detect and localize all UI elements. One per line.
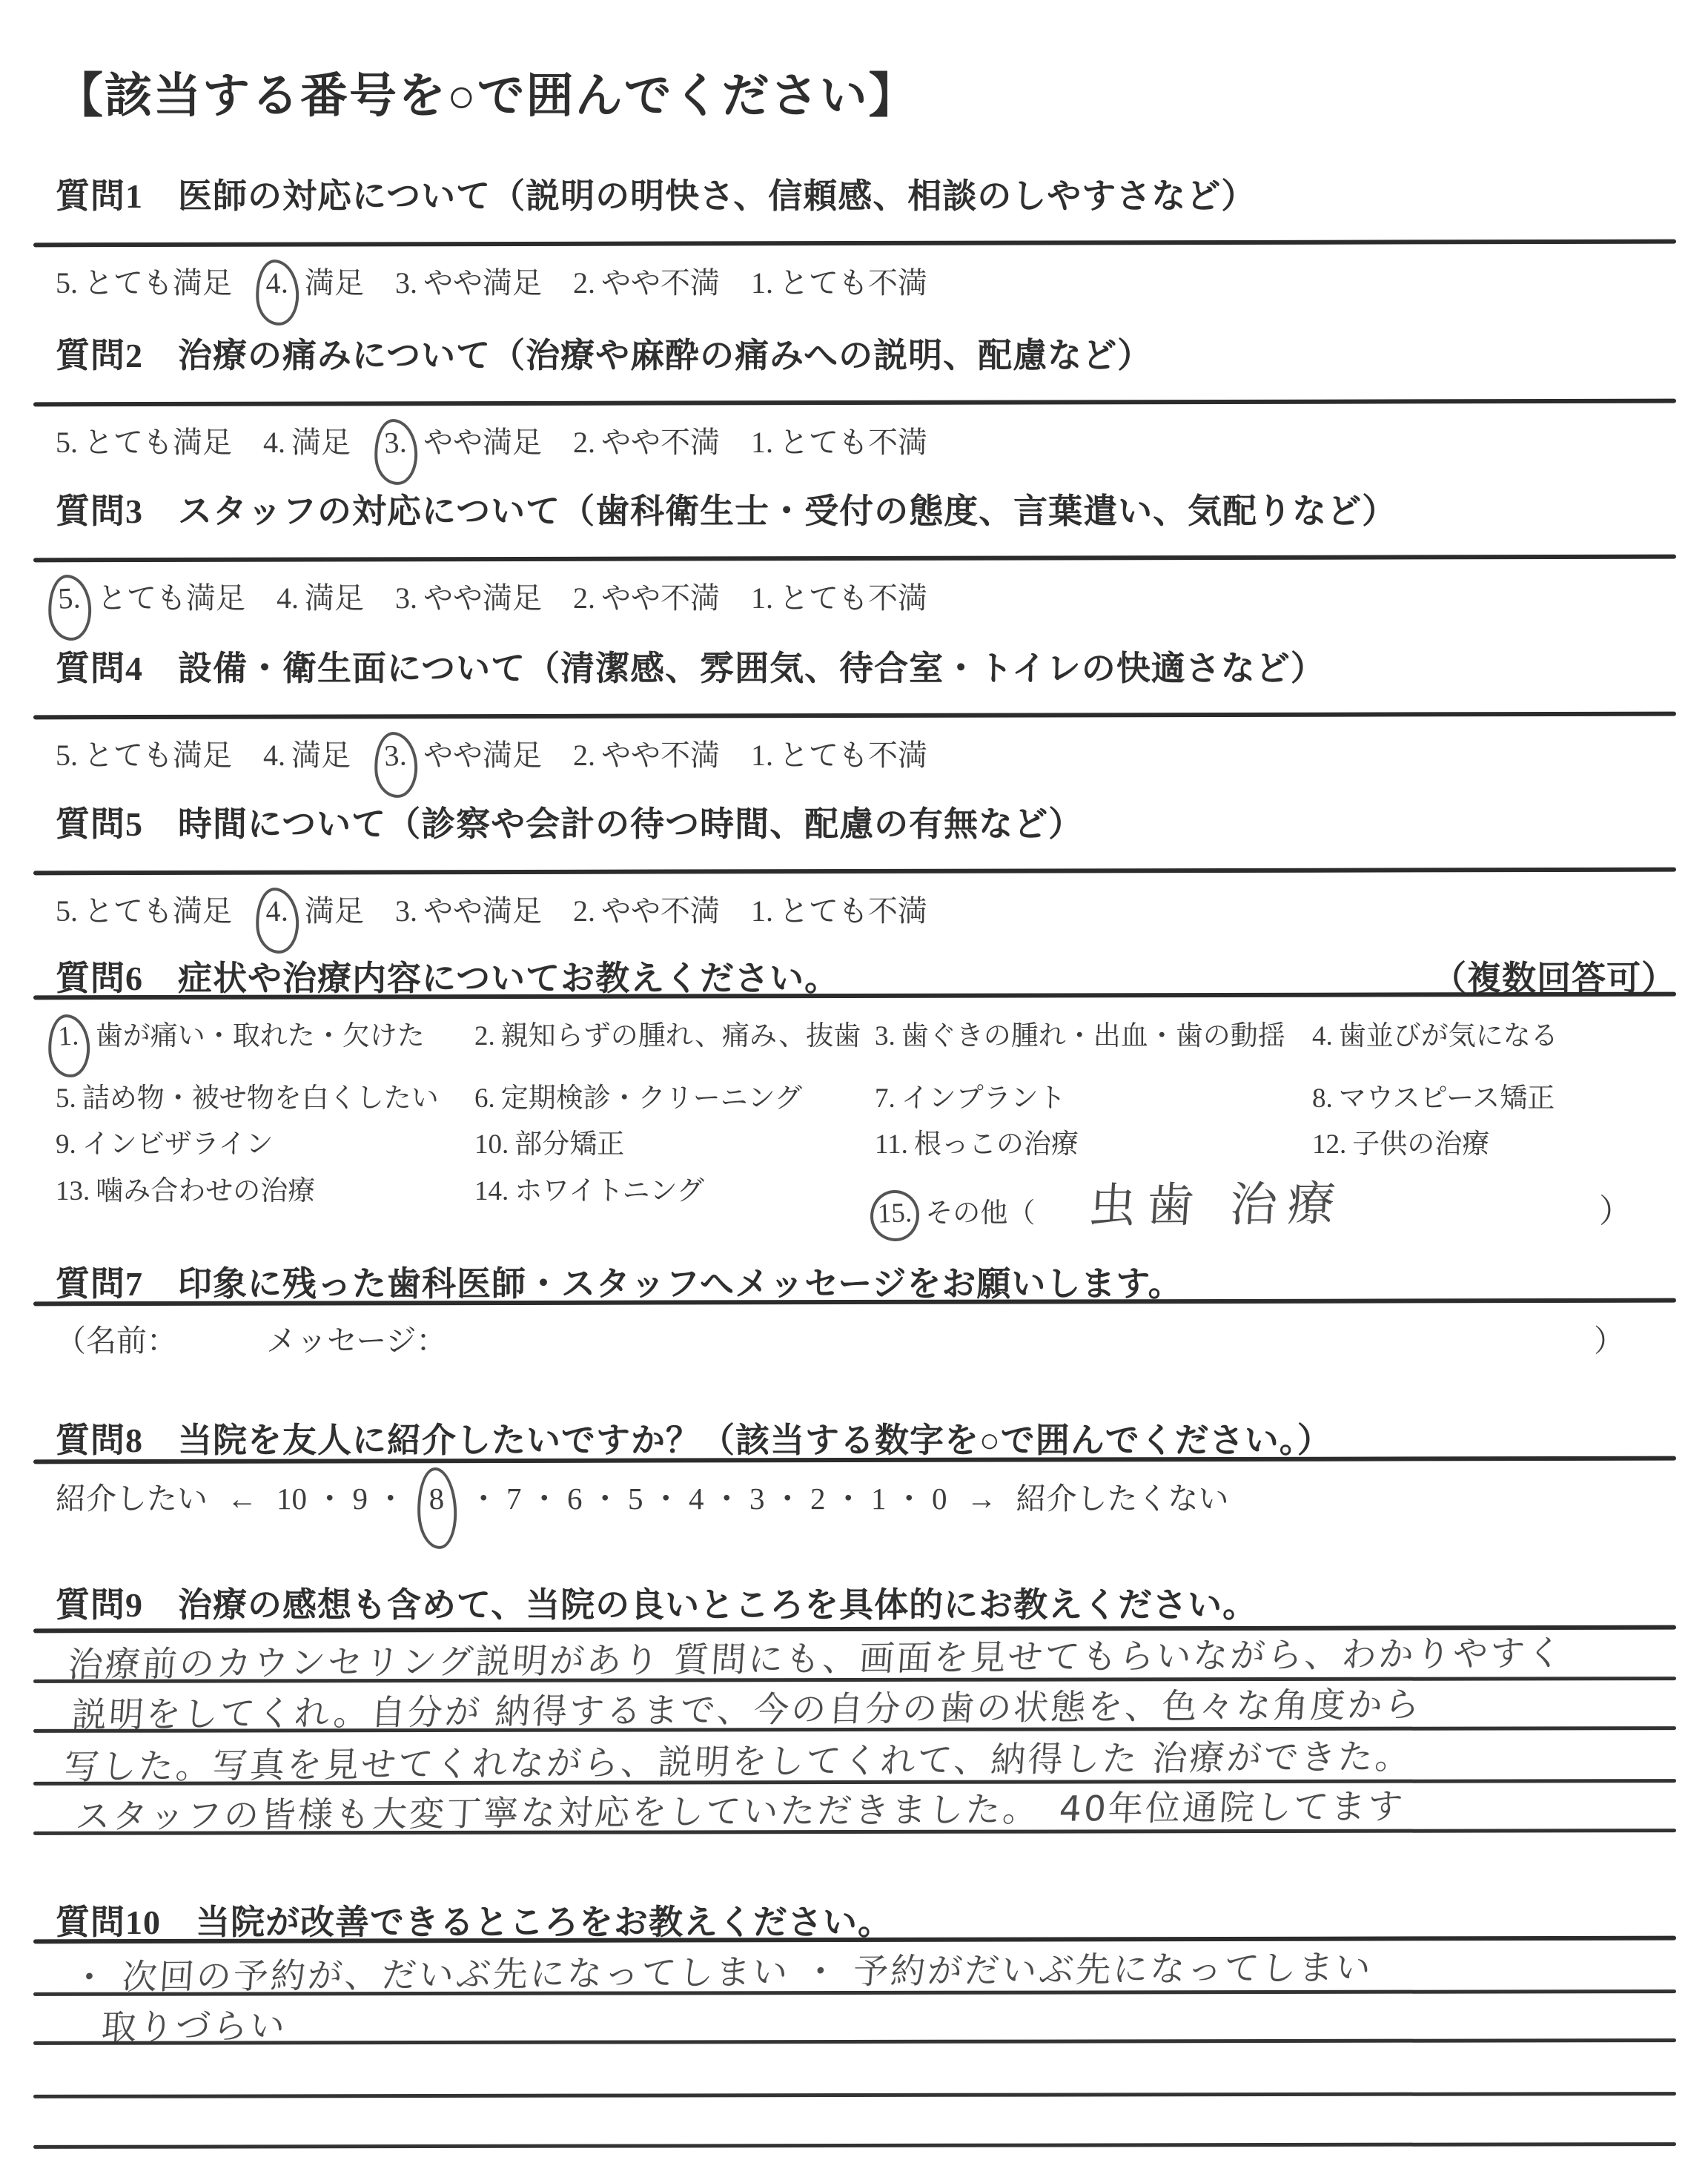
q6-item-7-label: インプラント — [901, 1083, 1066, 1114]
q6-item-2-label: 親知らずの腫れ、痛み、抜歯 — [501, 1021, 861, 1051]
q2-option-4-label: 満足 — [291, 426, 351, 459]
q6-item-7: 7.インプラント — [875, 1075, 1312, 1115]
q7-message-label: メッセージ： — [266, 1316, 447, 1360]
divider — [33, 240, 1676, 248]
q6-item-12-label: 子供の治療 — [1352, 1129, 1489, 1160]
q6-item-1-selected: 1.歯が痛い・取れた・欠けた — [56, 1013, 474, 1053]
q8-left-label: 紹介したい — [56, 1474, 208, 1518]
question-1-heading: 質問1 医師の対応について（説明の明快さ、信頼感、相談のしやすさなど） — [56, 169, 1256, 218]
q4-option-1-label: とても不満 — [779, 739, 927, 772]
q6-item-9: 9.インビザライン — [56, 1121, 474, 1161]
q4-option-5: 5.とても満足 — [56, 732, 232, 774]
q2-option-1: 1.とても不満 — [751, 419, 927, 461]
q6-item-4-num: 4. — [1312, 1021, 1333, 1051]
q6-row-3: 9.インビザライン 10.部分矯正 11.根っこの治療 12.子供の治療 — [56, 1121, 1676, 1161]
q1-option-2-label: やや不満 — [601, 266, 720, 300]
q3-option-5-label: とても満足 — [97, 581, 245, 615]
q5-option-1: 1.とても不満 — [751, 888, 927, 930]
q2-option-4: 4.満足 — [263, 419, 351, 461]
q8-selection-circle: 8 — [416, 1467, 457, 1550]
q8-right-label: 紹介したくない — [1016, 1474, 1229, 1518]
q3-selection-circle: 5. — [47, 574, 93, 642]
q6-item-9-label: インビザライン — [82, 1129, 274, 1160]
q1-option-4-label: 満足 — [305, 266, 364, 300]
q6-item-4-label: 歯並びが気になる — [1339, 1021, 1558, 1051]
q4-option-3-label: やや満足 — [423, 739, 542, 772]
q6-item-13: 13.噛み合わせの治療 — [56, 1168, 474, 1236]
q6-item-13-num: 13. — [56, 1176, 90, 1206]
q6-item-3: 3.歯ぐきの腫れ・出血・歯の動揺 — [875, 1013, 1312, 1053]
q3-option-2: 2.やや不満 — [573, 575, 720, 617]
q6-item-11-label: 根っこの治療 — [914, 1129, 1079, 1160]
question-8-heading: 質問8 当院を友人に紹介したいですか？（該当する数字を○で囲んでください。） — [56, 1413, 1332, 1462]
q5-option-4-label: 満足 — [305, 894, 364, 928]
question-7-heading: 質問7 印象に残った歯科医師・スタッフへメッセージをお願いします。 — [56, 1257, 1183, 1306]
q6-other-close-paren: ） — [1599, 1184, 1632, 1232]
q3-option-1-num: 1. — [751, 581, 773, 615]
q6-other-handwritten-answer: 虫歯 治療 — [1087, 1166, 1348, 1236]
q3-option-4: 4.満足 — [277, 575, 364, 617]
q5-option-3: 3.やや満足 — [395, 888, 542, 930]
q6-item-8: 8.マウスピース矯正 — [1312, 1075, 1676, 1115]
q5-option-1-label: とても不満 — [779, 894, 927, 928]
q6-item-10-label: 部分矯正 — [514, 1129, 624, 1160]
question-10-heading: 質問10 当院が改善できるところをお教えください。 — [56, 1895, 893, 1944]
q6-item-3-label: 歯ぐきの腫れ・出血・歯の動揺 — [901, 1021, 1285, 1051]
q6-item-15-label: その他（ — [925, 1190, 1035, 1230]
writing-line — [33, 2092, 1676, 2098]
q2-option-2-label: やや不満 — [601, 426, 720, 459]
q6-item-15-selected: 15.その他（虫歯 治療） — [875, 1168, 1676, 1236]
q2-option-4-num: 4. — [263, 426, 285, 459]
divider — [33, 555, 1676, 563]
q5-option-3-num: 3. — [395, 894, 417, 928]
q2-option-1-num: 1. — [751, 426, 773, 459]
q7-close-paren: ） — [1594, 1316, 1624, 1360]
q7-name-label: （名前： — [56, 1316, 177, 1360]
q5-option-5-label: とても満足 — [84, 894, 232, 928]
q6-item-3-num: 3. — [875, 1021, 896, 1051]
question-4-heading: 質問4 設備・衛生面について（清潔感、雰囲気、待合室・トイレの快適さなど） — [56, 641, 1325, 690]
q4-option-1: 1.とても不満 — [751, 732, 927, 774]
q1-option-3-label: やや満足 — [423, 266, 542, 300]
divider — [33, 712, 1676, 720]
question-9-heading: 質問9 治療の感想も含めて、当院の良いところを具体的にお教えください。 — [56, 1578, 1257, 1627]
q2-selection-circle: 3. — [373, 418, 420, 486]
q1-option-1-num: 1. — [751, 266, 773, 300]
q5-option-4-selected: 4.満足 — [263, 888, 364, 930]
q6-item-7-num: 7. — [875, 1083, 896, 1114]
q5-option-1-num: 1. — [751, 894, 773, 928]
q1-option-4-selected: 4.満足 — [263, 260, 364, 302]
q6-item-6-label: 定期検診・クリーニング — [501, 1083, 802, 1114]
q4-option-2-label: やや不満 — [601, 739, 720, 772]
q5-option-2-num: 2. — [573, 894, 595, 928]
q8-scale-row: 紹介したい ← 10 ・ 9 ・ 8 ・ 7 ・ 6 ・ 5 ・ 4 ・ 3 ・… — [56, 1474, 1229, 1518]
q1-option-5: 5.とても満足 — [56, 260, 232, 302]
q6-item-13-label: 噛み合わせの治療 — [96, 1176, 315, 1206]
question-6-heading: 質問6 症状や治療内容についてお教えください。 — [56, 951, 839, 1000]
q6-item-11-num: 11. — [875, 1129, 908, 1160]
q6-item-4: 4.歯並びが気になる — [1312, 1013, 1676, 1053]
q1-option-3: 3.やや満足 — [395, 260, 542, 302]
q6-item-14-label: ホワイトニング — [514, 1176, 704, 1206]
q3-option-2-num: 2. — [573, 581, 595, 615]
q3-option-2-label: やや不満 — [601, 581, 720, 615]
q4-option-4-label: 満足 — [291, 739, 351, 772]
q2-option-5: 5.とても満足 — [56, 419, 232, 461]
q4-option-4-num: 4. — [263, 739, 285, 772]
q5-option-5-num: 5. — [56, 894, 78, 928]
q4-selection-circle: 3. — [373, 731, 420, 799]
q2-option-5-label: とても満足 — [84, 426, 232, 459]
q2-option-2-num: 2. — [573, 426, 595, 459]
q6-item-2-num: 2. — [474, 1021, 495, 1051]
q6-selection-circle-1: 1. — [47, 1014, 91, 1079]
q6-item-9-num: 9. — [56, 1129, 76, 1160]
q4-option-2: 2.やや不満 — [573, 732, 720, 774]
q4-option-3-selected: 3.やや満足 — [382, 732, 542, 774]
divider — [33, 868, 1676, 876]
q6-row-2: 5.詰め物・被せ物を白くしたい 6.定期検診・クリーニング 7.インプラント 8… — [56, 1075, 1676, 1115]
divider — [33, 399, 1676, 407]
q6-item-10: 10.部分矯正 — [474, 1121, 875, 1161]
q6-item-8-label: マウスピース矯正 — [1339, 1083, 1555, 1114]
q6-item-14-num: 14. — [474, 1176, 509, 1206]
q8-left-arrow-icon: ← — [227, 1481, 257, 1516]
question-3-heading: 質問3 スタッフの対応について（歯科衛生士・受付の態度、言葉遣い、気配りなど） — [56, 484, 1397, 533]
q1-option-1: 1.とても不満 — [751, 260, 927, 302]
q2-option-3-selected: 3.やや満足 — [382, 419, 542, 461]
page-title: 【該当する番号を○で囲んでください】 — [56, 58, 918, 126]
q4-option-5-num: 5. — [56, 739, 78, 772]
q6-item-10-num: 10. — [474, 1129, 509, 1160]
q6-item-14: 14.ホワイトニング — [474, 1168, 875, 1236]
q6-item-12: 12.子供の治療 — [1312, 1121, 1676, 1161]
q1-option-1-label: とても不満 — [779, 266, 927, 300]
question-5-heading: 質問5 時間について（診察や会計の待つ時間、配慮の有無など） — [56, 797, 1083, 846]
q4-option-1-num: 1. — [751, 739, 773, 772]
question-2-options: 5.とても満足 4.満足 3.やや満足 2.やや不満 1.とても不満 — [56, 419, 927, 461]
q6-item-5: 5.詰め物・被せ物を白くしたい — [56, 1075, 474, 1115]
q2-option-2: 2.やや不満 — [573, 419, 720, 461]
q3-option-1: 1.とても不満 — [751, 575, 927, 617]
q6-item-1-label: 歯が痛い・取れた・欠けた — [96, 1021, 425, 1051]
question-3-options: 5.とても満足 4.満足 3.やや満足 2.やや不満 1.とても不満 — [56, 575, 927, 617]
writing-line — [33, 2142, 1676, 2149]
q4-option-4: 4.満足 — [263, 732, 351, 774]
q8-scale-before: 10 ・ 9 ・ — [277, 1474, 406, 1518]
q6-item-5-num: 5. — [56, 1083, 76, 1114]
q6-row-4: 13.噛み合わせの治療 14.ホワイトニング 15.その他（虫歯 治療） — [56, 1168, 1676, 1236]
survey-page: 【該当する番号を○で囲んでください】 質問1 医師の対応について（説明の明快さ、… — [0, 0, 1708, 2160]
q5-option-2: 2.やや不満 — [573, 888, 720, 930]
q3-option-3-label: やや満足 — [423, 581, 542, 615]
question-5-options: 5.とても満足 4.満足 3.やや満足 2.やや不満 1.とても不満 — [56, 888, 927, 930]
q6-item-2: 2.親知らずの腫れ、痛み、抜歯 — [474, 1013, 875, 1053]
q8-right-arrow-icon: → — [967, 1481, 997, 1516]
question-2-heading: 質問2 治療の痛みについて（治療や麻酔の痛みへの説明、配慮など） — [56, 328, 1152, 377]
q1-selection-circle: 4. — [254, 259, 301, 327]
q5-selection-circle: 4. — [254, 887, 301, 955]
q3-option-3-num: 3. — [395, 581, 417, 615]
q6-item-6: 6.定期検診・クリーニング — [474, 1075, 875, 1115]
q2-option-5-num: 5. — [56, 426, 78, 459]
q3-option-3: 3.やや満足 — [395, 575, 542, 617]
q1-option-3-num: 3. — [395, 266, 417, 300]
q1-option-5-label: とても満足 — [84, 266, 232, 300]
q6-item-8-num: 8. — [1312, 1083, 1333, 1114]
q5-option-3-label: やや満足 — [423, 894, 542, 928]
question-1-options: 5.とても満足 4.満足 3.やや満足 2.やや不満 1.とても不満 — [56, 260, 927, 302]
q4-option-5-label: とても満足 — [84, 739, 232, 772]
q1-option-2-num: 2. — [573, 266, 595, 300]
q6-item-6-num: 6. — [474, 1083, 495, 1114]
q1-option-2: 2.やや不満 — [573, 260, 720, 302]
q6-row-1: 1.歯が痛い・取れた・欠けた 2.親知らずの腫れ、痛み、抜歯 3.歯ぐきの腫れ・… — [56, 1013, 1676, 1053]
q3-option-4-label: 満足 — [305, 581, 364, 615]
q3-option-1-label: とても不満 — [779, 581, 927, 615]
q2-option-3-label: やや満足 — [423, 426, 542, 459]
q2-option-1-label: とても不満 — [779, 426, 927, 459]
q1-option-5-num: 5. — [56, 266, 78, 300]
q8-scale-after: ・ 7 ・ 6 ・ 5 ・ 4 ・ 3 ・ 2 ・ 1 ・ 0 — [469, 1474, 947, 1518]
q6-item-5-label: 詰め物・被せ物を白くしたい — [82, 1083, 439, 1114]
q6-item-11: 11.根っこの治療 — [875, 1121, 1312, 1161]
question-4-options: 5.とても満足 4.満足 3.やや満足 2.やや不満 1.とても不満 — [56, 732, 927, 774]
q3-option-4-num: 4. — [277, 581, 299, 615]
q3-option-5-selected: 5.とても満足 — [56, 575, 245, 617]
q6-item-12-num: 12. — [1312, 1129, 1346, 1160]
q5-option-2-label: やや不満 — [601, 894, 720, 928]
q5-option-5: 5.とても満足 — [56, 888, 232, 930]
q6-selection-circle-15: 15. — [870, 1189, 921, 1242]
q4-option-2-num: 2. — [573, 739, 595, 772]
q7-answer-row: （名前： メッセージ： ） — [56, 1316, 1676, 1360]
